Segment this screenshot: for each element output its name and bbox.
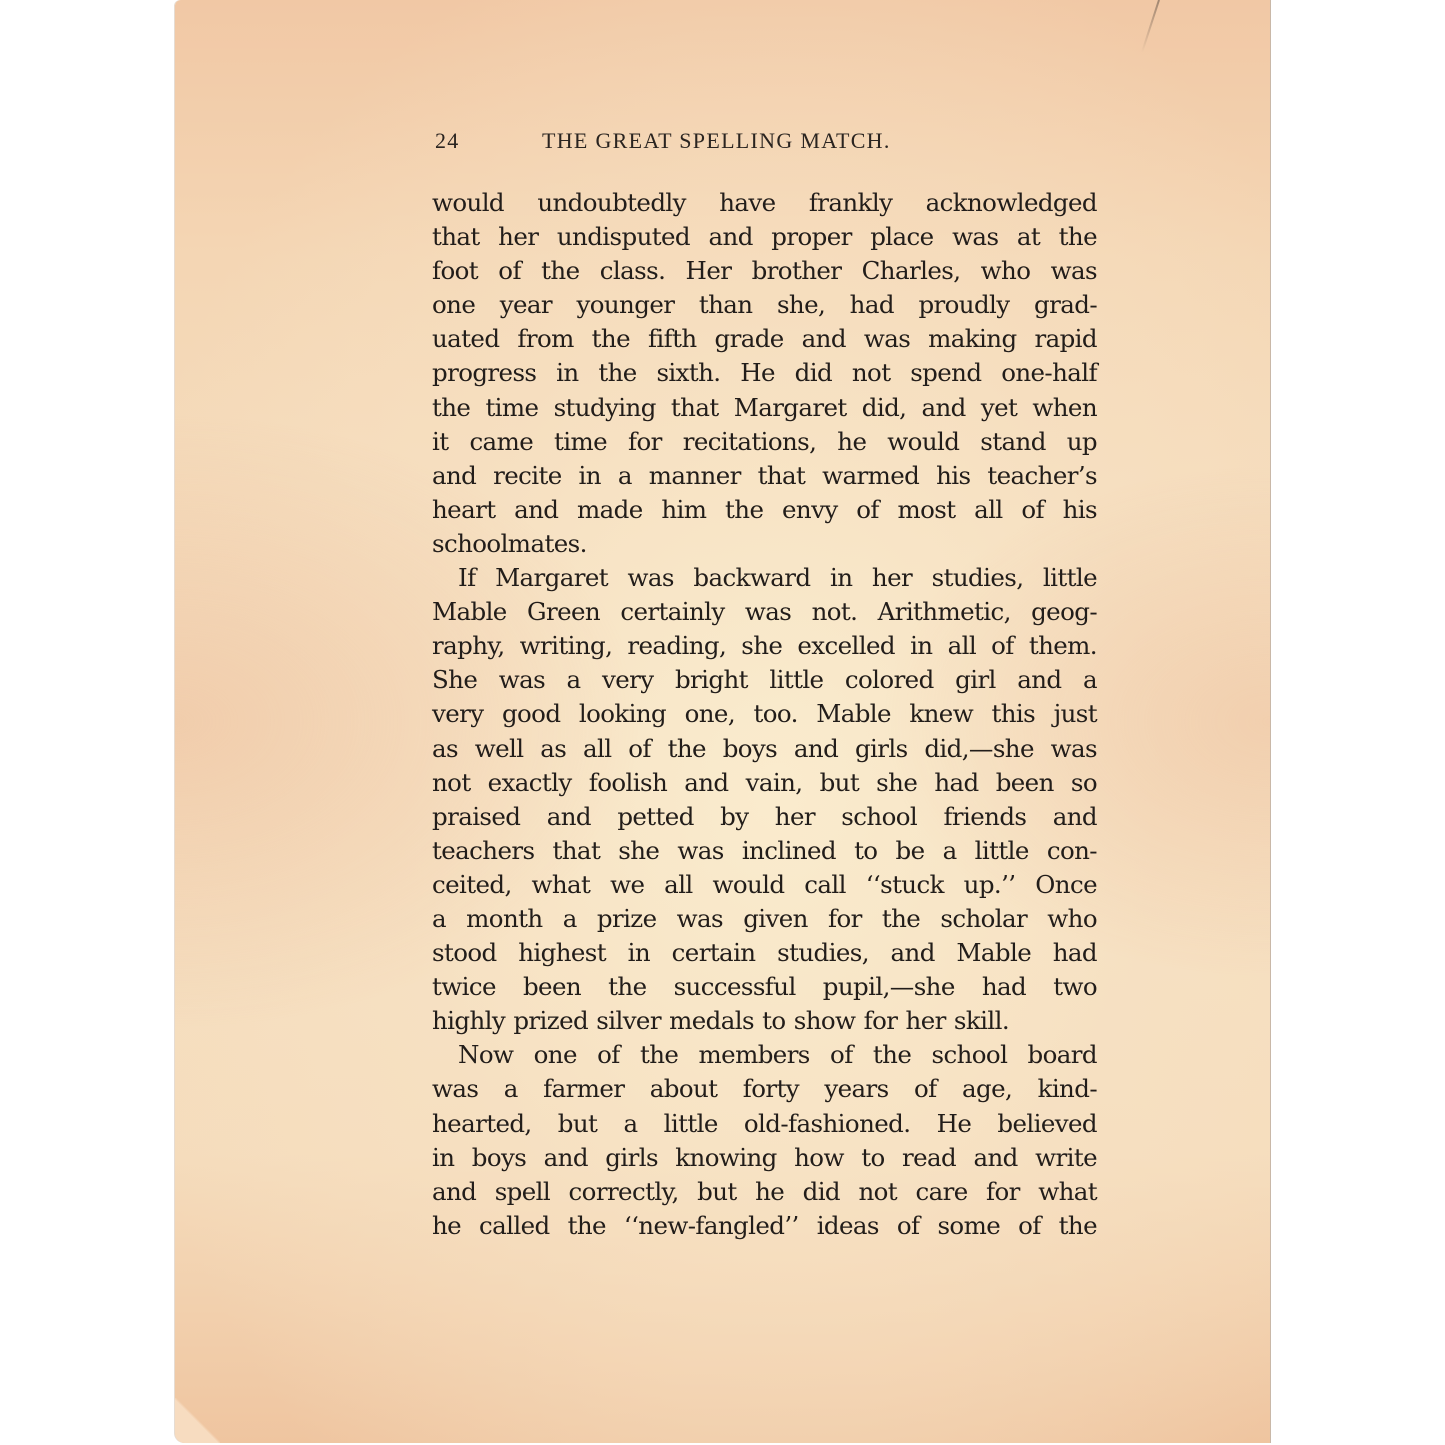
text-line: raphy, writing, reading, she excelled in… bbox=[432, 629, 1097, 663]
text-line: hearted, but a little old-fashioned. He … bbox=[432, 1107, 1097, 1141]
text-line: would undoubtedly have frankly acknowled… bbox=[432, 186, 1097, 220]
page-crease bbox=[1141, 0, 1160, 53]
text-line: was a farmer about forty years of age, k… bbox=[432, 1072, 1097, 1106]
page-number: 24 bbox=[435, 128, 460, 154]
text-line: praised and petted by her school friends… bbox=[432, 800, 1097, 834]
book-page: 24 THE GREAT SPELLING MATCH. would undou… bbox=[175, 0, 1270, 1443]
text-line: Mable Green certainly was not. Arithmeti… bbox=[432, 595, 1097, 629]
paragraph-end-line: schoolmates. bbox=[432, 527, 1097, 561]
text-line: uated from the fifth grade and was makin… bbox=[432, 322, 1097, 356]
text-line: teachers that she was inclined to be a l… bbox=[432, 834, 1097, 868]
text-line: She was a very bright little colored gir… bbox=[432, 663, 1097, 697]
text-line: the time studying that Margaret did, and… bbox=[432, 391, 1097, 425]
text-line: foot of the class. Her brother Charles, … bbox=[432, 254, 1097, 288]
text-line: one year younger than she, had proudly g… bbox=[432, 288, 1097, 322]
text-line: stood highest in certain studies, and Ma… bbox=[432, 936, 1097, 970]
paragraph-end-line: highly prized silver medals to show for … bbox=[432, 1004, 1097, 1038]
page-header: 24 THE GREAT SPELLING MATCH. bbox=[435, 128, 1135, 158]
text-line: and recite in a manner that warmed his t… bbox=[432, 459, 1097, 493]
text-line: progress in the sixth. He did not spend … bbox=[432, 356, 1097, 390]
text-line: it came time for recitations, he would s… bbox=[432, 425, 1097, 459]
paragraph-start-line: Now one of the members of the school boa… bbox=[432, 1038, 1097, 1072]
text-line: as well as all of the boys and girls did… bbox=[432, 732, 1097, 766]
text-line: that her undisputed and proper place was… bbox=[432, 220, 1097, 254]
text-line: he called the ‘‘new-fangled’’ ideas of s… bbox=[432, 1209, 1097, 1243]
paragraph-start-line: If Margaret was backward in her studies,… bbox=[432, 561, 1097, 595]
text-line: very good looking one, too. Mable knew t… bbox=[432, 697, 1097, 731]
page-corner-fold bbox=[175, 1398, 220, 1443]
text-line: twice been the successful pupil,—she had… bbox=[432, 970, 1097, 1004]
text-line: in boys and girls knowing how to read an… bbox=[432, 1141, 1097, 1175]
body-text: would undoubtedly have frankly acknowled… bbox=[432, 186, 1097, 1243]
text-line: not exactly foolish and vain, but she ha… bbox=[432, 766, 1097, 800]
text-line: and spell correctly, but he did not care… bbox=[432, 1175, 1097, 1209]
text-line: a month a prize was given for the schola… bbox=[432, 902, 1097, 936]
text-line: heart and made him the envy of most all … bbox=[432, 493, 1097, 527]
text-line: ceited, what we all would call ‘‘stuck u… bbox=[432, 868, 1097, 902]
running-title: THE GREAT SPELLING MATCH. bbox=[542, 128, 891, 154]
